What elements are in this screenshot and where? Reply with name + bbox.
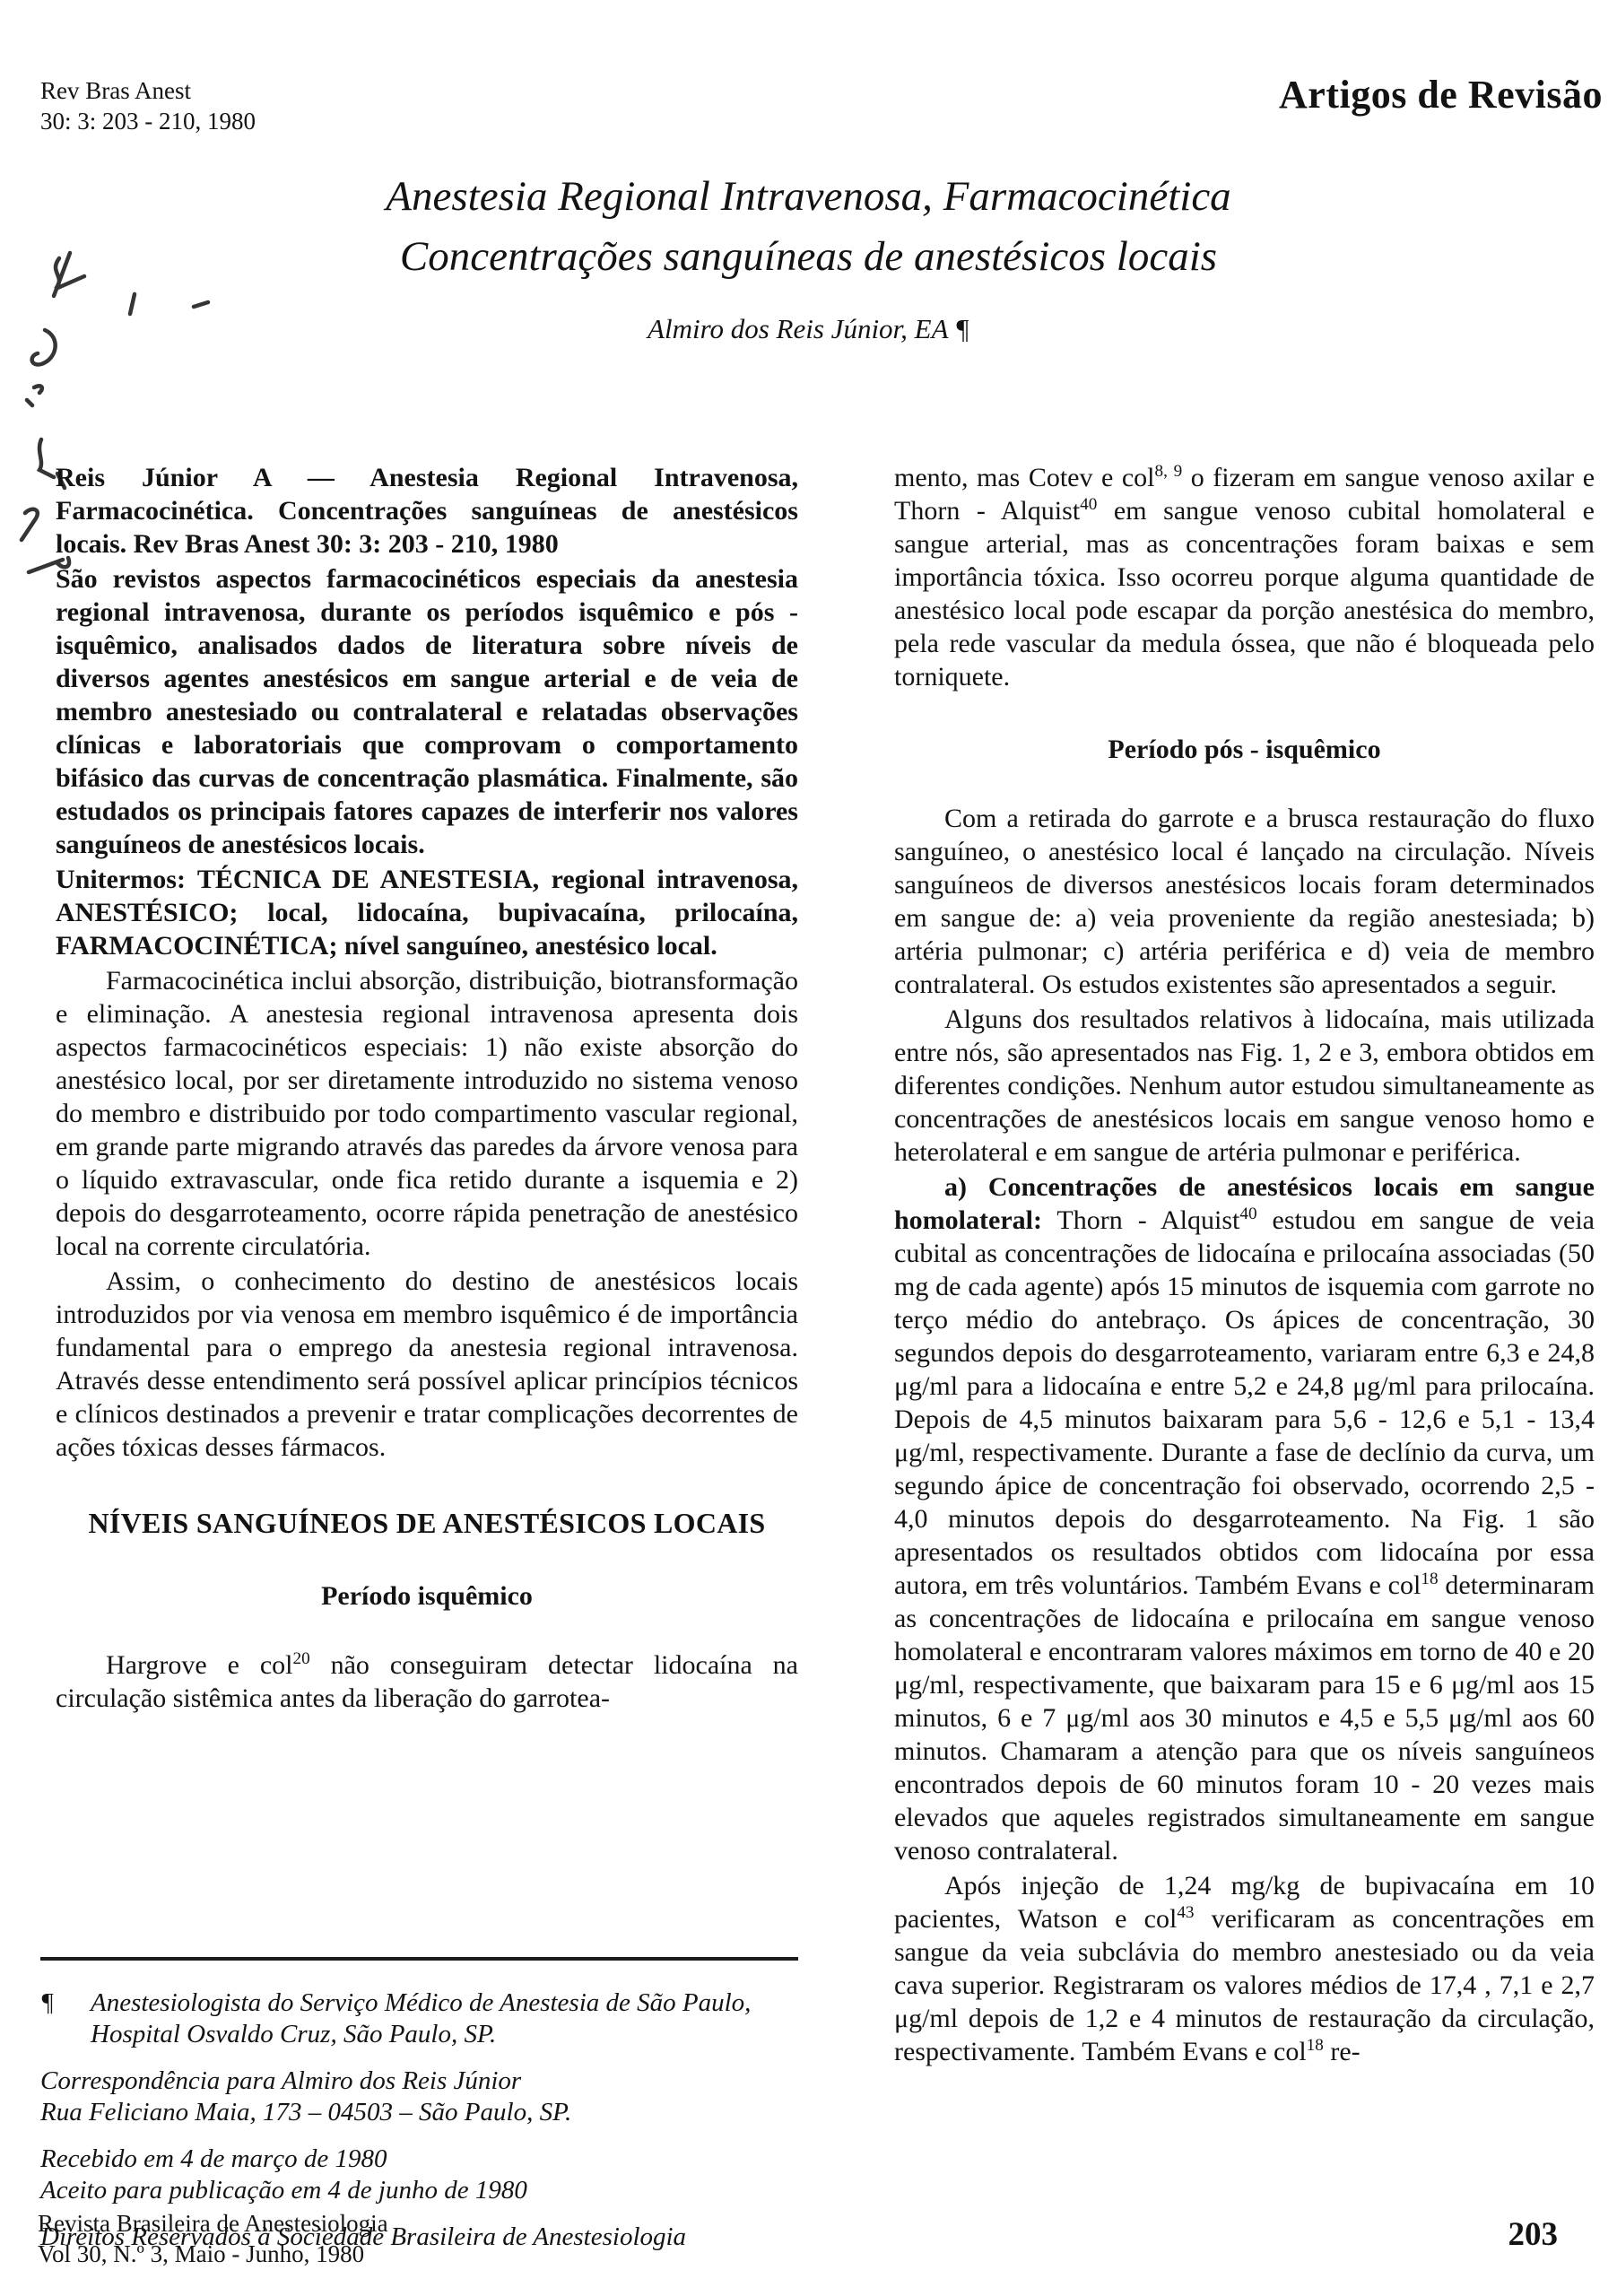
journal-reference-line2: 30: 3: 203 - 210, 1980 xyxy=(40,106,256,136)
section-heading: NÍVEIS SANGUÍNEOS DE ANESTÉSICOS LOCAIS xyxy=(56,1507,798,1540)
page-number: 203 xyxy=(1508,2215,1559,2254)
pilcrow-marker: ¶ xyxy=(40,1987,91,2050)
footnote-received: Recebido em 4 de março de 1980 xyxy=(40,2144,798,2175)
section-label: Artigos de Revisão xyxy=(1279,72,1603,117)
abstract-paragraph: São revistos aspectos farmacocinéticos e… xyxy=(56,562,798,861)
footnote-correspondence-line2: Rua Feliciano Maia, 173 – 04503 – São Pa… xyxy=(40,2097,798,2128)
footnote-accepted: Aceito para publicação em 4 de junho de … xyxy=(40,2175,798,2206)
article-title-line2: Concentrações sanguíneas de anestésicos … xyxy=(40,227,1577,287)
journal-reference-line1: Rev Bras Anest xyxy=(40,75,256,106)
footer-journal-info: Revista Brasileira de Anestesiologia Vol… xyxy=(38,2208,388,2269)
body-paragraph-6: Alguns dos resultados relativos à lidoca… xyxy=(894,1003,1595,1169)
right-column: mento, mas Cotev e col8, 9 o fizeram em … xyxy=(894,461,1595,2068)
keywords-paragraph: Unitermos: TÉCNICA DE ANESTESIA, regiona… xyxy=(56,863,798,962)
footnote-affiliation-text: Anestesiologista do Serviço Médico de An… xyxy=(91,1987,798,2050)
article-title: Anestesia Regional Intravenosa, Farmacoc… xyxy=(40,167,1577,287)
footnote-correspondence: Correspondência para Almiro dos Reis Jún… xyxy=(40,2066,798,2128)
subsection-heading-post-ischemic: Período pós - isquêmico xyxy=(894,733,1595,766)
body-paragraph-1: Farmacocinética inclui absorção, distrib… xyxy=(56,964,798,1263)
author-line: Almiro dos Reis Júnior, EA ¶ xyxy=(40,313,1577,345)
footnote-dates: Recebido em 4 de março de 1980 Aceito pa… xyxy=(40,2144,798,2206)
article-title-line1: Anestesia Regional Intravenosa, Farmacoc… xyxy=(40,167,1577,227)
body-paragraph-7: a) Concentrações de anestésicos locais e… xyxy=(894,1170,1595,1867)
body-paragraph-3: Hargrove e col20 não conseguiram detecta… xyxy=(56,1648,798,1715)
paragraph-lead-rest: Thorn - Alquist40 estudou em sangue de v… xyxy=(894,1205,1595,1865)
left-column: Reis Júnior A — Anestesia Regional Intra… xyxy=(56,461,798,1715)
footer-issue-info: Vol 30, N.º 3, Maio - Junho, 1980 xyxy=(38,2239,388,2269)
citation-paragraph: Reis Júnior A — Anestesia Regional Intra… xyxy=(56,461,798,561)
scanned-article-page: { "header": { "journal_ref_line1": "Rev … xyxy=(0,0,1617,2296)
journal-reference: Rev Bras Anest 30: 3: 203 - 210, 1980 xyxy=(40,75,256,136)
body-paragraph-4: mento, mas Cotev e col8, 9 o fizeram em … xyxy=(894,461,1595,693)
subsection-heading-ischemic: Período isquêmico xyxy=(56,1579,798,1613)
footnote-correspondence-line1: Correspondência para Almiro dos Reis Jún… xyxy=(40,2066,798,2097)
body-paragraph-5: Com a retirada do garrote e a brusca res… xyxy=(894,802,1595,1001)
footnote-affiliation: ¶ Anestesiologista do Serviço Médico de … xyxy=(40,1987,798,2050)
body-paragraph-2: Assim, o conhecimento do destino de anes… xyxy=(56,1265,798,1464)
footer-journal-name: Revista Brasileira de Anestesiologia xyxy=(38,2208,388,2239)
body-paragraph-8: Após injeção de 1,24 mg/kg de bupivacaín… xyxy=(894,1869,1595,2068)
